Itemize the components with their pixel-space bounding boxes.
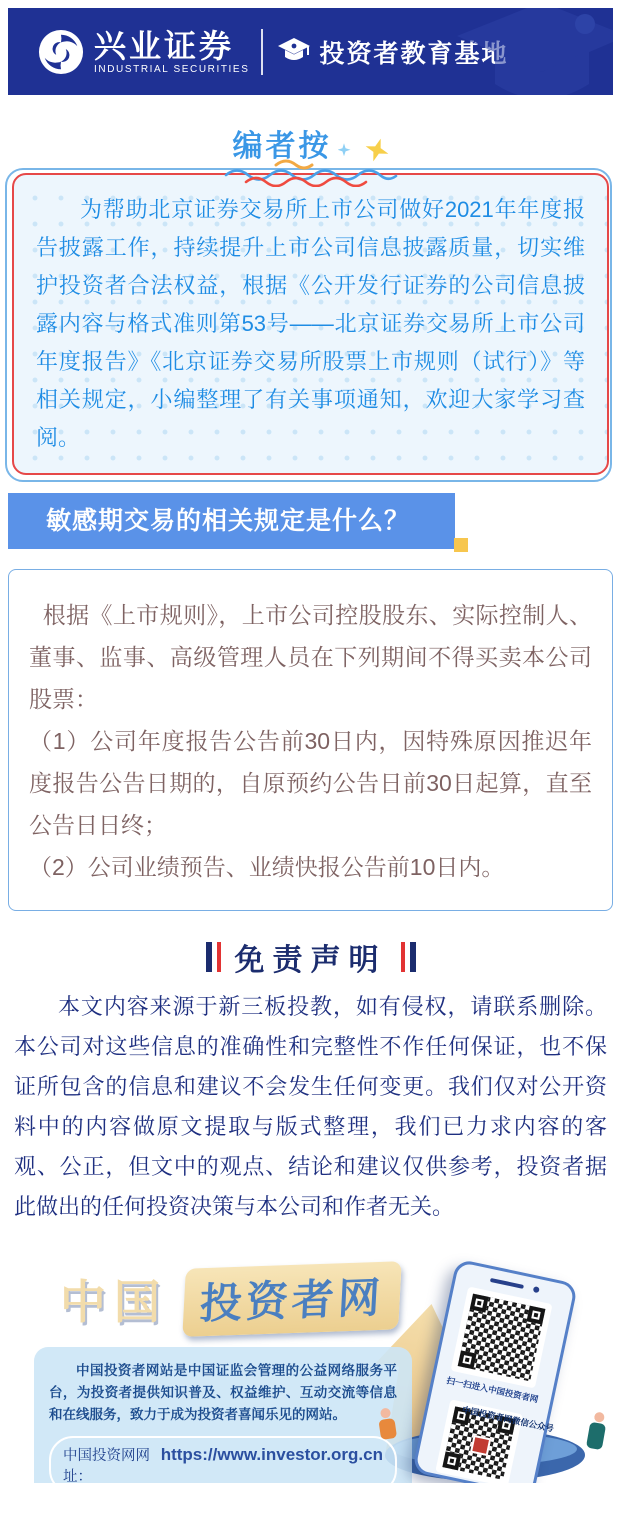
phone-camera-icon	[533, 1286, 540, 1293]
disclaimer-body: 本文内容来源于新三板投教，如有侵权，请联系删除。本公司对这些信息的准确性和完整性…	[14, 987, 607, 1227]
banner-description: 中国投资者网站是中国证监会管理的公益网络服务平台，为投资者提供知识普及、权益维护…	[49, 1360, 397, 1426]
website-url-pill[interactable]: 中国投资网网址： https://www.investor.org.cn	[49, 1436, 397, 1483]
graduation-cap-icon	[277, 37, 311, 67]
graduation-cap-watermark-icon	[457, 8, 613, 95]
banner-title: 中国 投资者网	[60, 1265, 400, 1333]
regulation-paragraph: （2）公司业绩预告、业绩快报公告前10日内。	[29, 846, 592, 888]
disclaimer-title-row: 免责声明	[0, 941, 621, 973]
qr-code-website	[451, 1286, 553, 1388]
disclaimer-title: 免责声明	[235, 935, 387, 979]
url-label: 中国投资网网址：	[63, 1444, 157, 1483]
investor-network-banner: 中国 投资者网 中国投资者网站是中国证监会管理的公益网络服务平台，为投资者提供知…	[8, 1245, 613, 1483]
editor-note-title-row: 编者按	[0, 121, 621, 159]
regulation-content-box: 根据《上市规则》，上市公司控股股东、实际控制人、董事、监事、高级管理人员在下列期…	[8, 569, 613, 911]
regulation-paragraph: 根据《上市规则》，上市公司控股股东、实际控制人、董事、监事、高级管理人员在下列期…	[29, 594, 592, 720]
editor-note-body: 为帮助北京证券交易所上市公司做好2021年年度报告披露工作，持续提升上市公司信息…	[36, 191, 585, 457]
right-bars-icon	[401, 942, 416, 972]
banner-title-badge: 投资者网	[182, 1261, 401, 1337]
editor-note-box: 为帮助北京证券交易所上市公司做好2021年年度报告披露工作，持续提升上市公司信息…	[12, 173, 609, 475]
banner-description-panel: 中国投资者网站是中国证监会管理的公益网络服务平台，为投资者提供知识普及、权益维护…	[34, 1347, 412, 1483]
industrial-securities-logo-icon	[38, 29, 84, 75]
header-banner: 兴业证券 INDUSTRIAL SECURITIES 投资者教育基地	[8, 8, 613, 95]
yellow-square-accent	[454, 538, 468, 552]
brand-name: 兴业证券	[94, 29, 249, 63]
banner-title-prefix: 中国	[60, 1266, 168, 1332]
brand: 兴业证券 INDUSTRIAL SECURITIES	[94, 29, 249, 75]
section-banner-title: 敏感期交易的相关规定是什么？	[8, 493, 455, 549]
section-banner: 敏感期交易的相关规定是什么？	[8, 493, 455, 549]
investor-website-url[interactable]: https://www.investor.org.cn	[161, 1445, 383, 1465]
brand-name-en: INDUSTRIAL SECURITIES	[94, 64, 249, 75]
header-divider	[261, 29, 263, 75]
qr-logo-mark	[470, 1435, 491, 1456]
sparkle-icon	[338, 143, 351, 156]
regulation-paragraph: （1）公司年度报告公告前30日内，因特殊原因推迟年度报告公告日期的，自原预约公告…	[29, 720, 592, 846]
left-bars-icon	[206, 942, 221, 972]
wave-decoration-icon	[216, 159, 406, 187]
phone-speaker-icon	[490, 1278, 524, 1289]
page: 兴业证券 INDUSTRIAL SECURITIES 投资者教育基地 编者按 为…	[0, 0, 621, 1527]
